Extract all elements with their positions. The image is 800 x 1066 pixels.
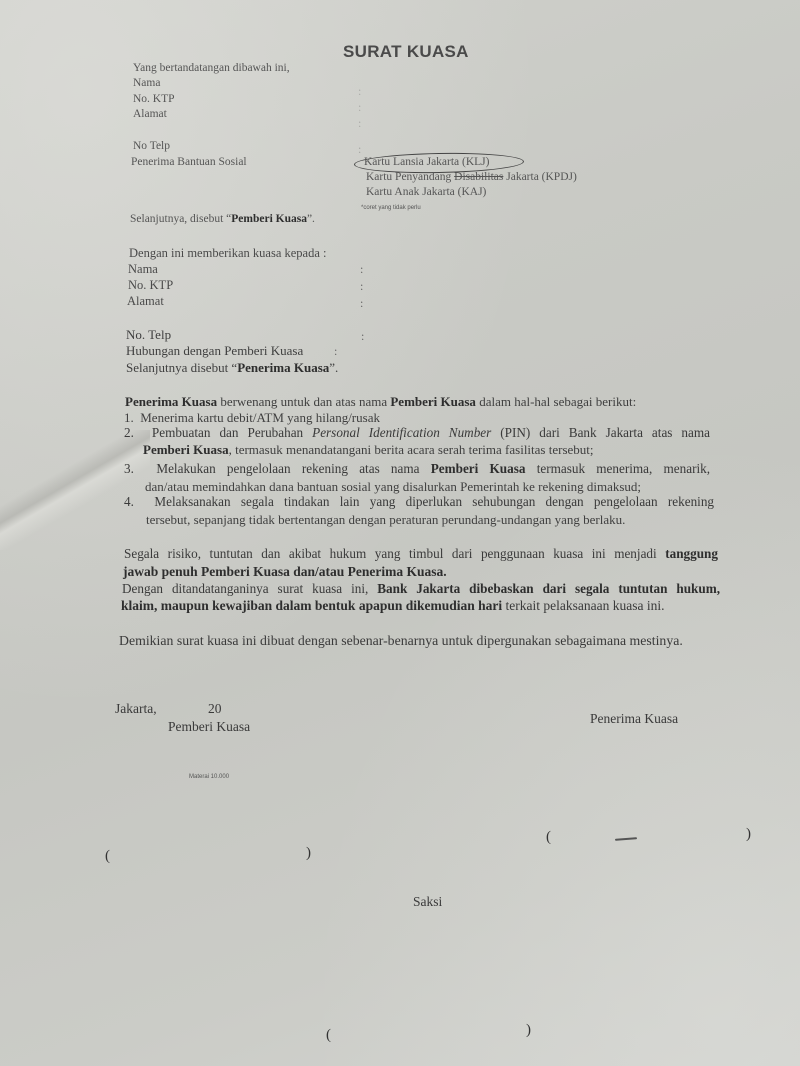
witness-name-open-paren: (	[326, 1027, 331, 1044]
authority-item-2-cont: Pemberi Kuasa, termasuk menandatangani b…	[143, 442, 594, 458]
item-text: Pembuatan dan Perubahan	[152, 425, 312, 440]
authority-item-4: 4. Melaksanakan segala tindakan lain yan…	[124, 494, 714, 511]
grantee-intro: Dengan ini memberikan kuasa kepada :	[129, 246, 327, 261]
grantor-intro: Yang bertandatangan dibawah ini,	[133, 62, 290, 74]
grantor-closing-prefix: Selanjutnya, disebut “	[130, 213, 231, 225]
authority-intro-end: dalam hal-hal sebagai berikut:	[476, 394, 636, 409]
closing-statement: Demikian surat kuasa ini dibuat dengan s…	[119, 633, 683, 649]
grantee-phone-colon: :	[361, 329, 364, 344]
liability-line-4: klaim, maupun kewajiban dalam bentuk apa…	[121, 598, 664, 614]
authority-intro-mid: berwenang untuk dan atas nama	[217, 394, 390, 409]
strike-footnote: *coret yang tidak perlu	[361, 205, 421, 211]
stamp-duty-note: Materai 10.000	[189, 774, 229, 780]
authority-item-1: 1. Menerima kartu debit/ATM yang hilang/…	[124, 410, 380, 426]
grantee-signature-label: Penerima Kuasa	[590, 711, 678, 727]
liability-text-bold: klaim, maupun kewajiban dalam bentuk apa…	[121, 598, 502, 613]
grantee-ktp-label: No. KTP	[128, 278, 173, 293]
item-text: Melakukan pengelolaan rekening atas nama	[156, 461, 430, 476]
authority-grantor-term: Pemberi Kuasa	[390, 394, 476, 409]
item-text: termasuk menerima, menarik,	[525, 461, 710, 476]
grantee-closing-prefix: Selanjutnya disebut “	[126, 360, 237, 375]
beneficiary-label: Penerima Bantuan Sosial	[131, 156, 247, 168]
grantor-closing: Selanjutnya, disebut “Pemberi Kuasa”.	[130, 213, 315, 225]
item-text: Melaksanakan segala tindakan lain yang d…	[154, 494, 714, 509]
authority-intro: Penerima Kuasa berwenang untuk dan atas …	[125, 394, 636, 410]
liability-line-1: Segala risiko, tuntutan dan akibat hukum…	[124, 546, 718, 563]
grantor-phone-colon: :	[358, 142, 361, 157]
item-text-bold: Pemberi Kuasa	[431, 461, 526, 476]
grantee-closing-suffix: ”.	[329, 360, 338, 375]
option-kpdj-struck: Disabilitas	[454, 171, 503, 183]
authority-item-3-cont: dan/atau memindahkan dana bantuan sosial…	[145, 479, 641, 495]
option-kpdj-part2: Jakarta (KPDJ)	[503, 171, 576, 183]
grantor-name-close-paren: )	[306, 845, 311, 862]
liability-text: Dengan ditandatanganinya surat kuasa ini…	[122, 581, 377, 596]
grantee-address-colon: :	[360, 296, 363, 311]
item-text-italic: Personal Identification Number	[312, 425, 491, 440]
grantor-name-open-paren: (	[105, 848, 110, 865]
witness-name-close-paren: )	[526, 1022, 531, 1039]
grantee-phone-label: No. Telp	[126, 327, 171, 343]
item-number: 1.	[124, 410, 134, 425]
grantee-address-label: Alamat	[127, 294, 164, 309]
grantee-name-open-paren: (	[546, 829, 551, 846]
grantee-name-close-paren: )	[746, 826, 751, 843]
liability-line-2: jawab penuh Pemberi Kuasa dan/atau Pener…	[123, 564, 447, 580]
item-text-bold: Pemberi Kuasa	[143, 442, 229, 457]
authority-item-3: 3. Melakukan pengelolaan rekening atas n…	[124, 461, 710, 478]
grantee-closing: Selanjutnya disebut “Penerima Kuasa”.	[126, 360, 338, 376]
grantor-ktp-colon: :	[358, 100, 361, 115]
option-klj[interactable]: Kartu Lansia Jakarta (KLJ)	[364, 156, 490, 168]
witness-label: Saksi	[413, 894, 442, 910]
paper-crease	[0, 430, 150, 550]
authority-item-4-cont: tersebut, sepanjang tidak bertentangan d…	[146, 512, 625, 528]
liability-text-bold: tanggung	[665, 546, 718, 561]
item-number: 4.	[124, 494, 134, 509]
grantor-address-colon: :	[358, 116, 361, 131]
grantor-phone-label: No Telp	[133, 140, 170, 152]
grantor-ktp-label: No. KTP	[133, 93, 175, 105]
item-text: , termasuk menandatangani berita acara s…	[229, 442, 594, 457]
grantee-relation-colon: :	[334, 344, 337, 359]
grantor-name-colon: :	[358, 84, 361, 99]
signing-place: Jakarta,	[115, 701, 157, 717]
liability-text-bold: Bank Jakarta dibebaskan dari segala tunt…	[377, 581, 720, 596]
liability-line-3: Dengan ditandatanganinya surat kuasa ini…	[122, 581, 720, 598]
grantor-signature-label: Pemberi Kuasa	[168, 719, 250, 735]
grantee-name-colon: :	[360, 262, 363, 277]
page-title: SURAT KUASA	[343, 42, 469, 62]
signature-mark	[615, 837, 637, 841]
grantor-address-label: Alamat	[133, 108, 167, 120]
grantee-name-label: Nama	[128, 262, 158, 277]
grantee-closing-term: Penerima Kuasa	[237, 360, 329, 375]
authority-item-2: 2. Pembuatan dan Perubahan Personal Iden…	[124, 425, 710, 442]
liability-text: terkait pelaksanaan kuasa ini.	[502, 598, 664, 613]
grantor-closing-term: Pemberi Kuasa	[231, 213, 307, 225]
option-kpdj-part1: Kartu Penyandang	[366, 171, 454, 183]
item-text: Menerima kartu debit/ATM yang hilang/rus…	[140, 410, 380, 425]
grantor-name-label: Nama	[133, 77, 160, 89]
option-kaj[interactable]: Kartu Anak Jakarta (KAJ)	[366, 186, 486, 198]
item-text: (PIN) dari Bank Jakarta atas nama	[491, 425, 710, 440]
option-kpdj[interactable]: Kartu Penyandang Disabilitas Jakarta (KP…	[366, 171, 577, 183]
item-number: 3.	[124, 461, 134, 476]
grantee-relation-label: Hubungan dengan Pemberi Kuasa	[126, 343, 303, 359]
grantee-ktp-colon: :	[360, 279, 363, 294]
signing-year: 20	[208, 701, 222, 717]
liability-text: Segala risiko, tuntutan dan akibat hukum…	[124, 546, 665, 561]
grantor-closing-suffix: ”.	[307, 213, 315, 225]
item-number: 2.	[124, 425, 134, 440]
authority-grantee-term: Penerima Kuasa	[125, 394, 217, 409]
